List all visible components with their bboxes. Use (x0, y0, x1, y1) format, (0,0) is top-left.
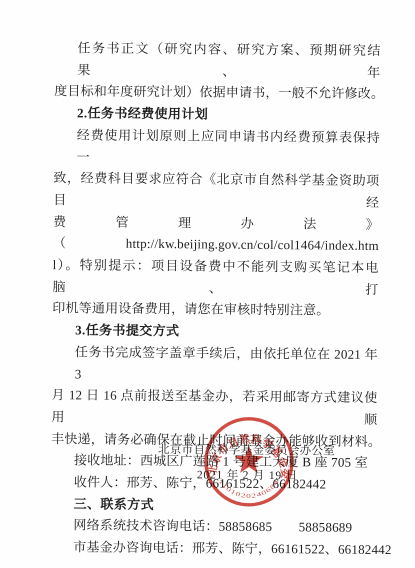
scanned-document-page: 任务书正文（研究内容、研究方案、预期研究结果、年 度目标和年度研究计划）依据申请… (0, 0, 415, 568)
seal-ring-text: 北京市自然科学基金委员会 (201, 413, 294, 479)
doc-line: 任务书完成签字盖章手续后，由依托单位在 2021 年 3 (52, 341, 378, 387)
doc-line: 经费使用计划原则上应同申请书内经费预算表保持一 (54, 124, 380, 170)
section-heading-2: 2.任务书经费使用计划 (54, 102, 380, 127)
official-seal: 北京市自然科学基金委员会 1101020240684 (201, 413, 298, 510)
doc-line-url: 费管理办法》（http://kw.beijing.gov.cn/col/col1… (53, 211, 379, 257)
doc-line: 度目标和年度研究计划）依据申请书，一般不允许修改。 (54, 81, 380, 106)
seal-star-icon (235, 446, 264, 473)
doc-line: 致，经费科目要求应符合《北京市自然科学基金资助项目经 (53, 167, 379, 213)
doc-line: 印机等通用设备费用，请您在审核时特别注意。 (52, 298, 378, 323)
doc-line-phone-office: 市基金办咨询电话：邢芳、陈宁，66161522、66182442 (50, 536, 376, 561)
doc-line: l）。特别提示：项目设备费中不能列支购买笔记本电脑、打 (52, 254, 378, 300)
doc-line: 任务书正文（研究内容、研究方案、预期研究结果、年 (54, 37, 380, 83)
doc-line-phone-tech: 网络系统技术咨询电话：58858685 58858689 (50, 515, 376, 540)
section-heading-3: 3.任务书提交方式 (52, 319, 378, 344)
svg-text:北京市自然科学基金委员会: 北京市自然科学基金委员会 (201, 413, 294, 479)
